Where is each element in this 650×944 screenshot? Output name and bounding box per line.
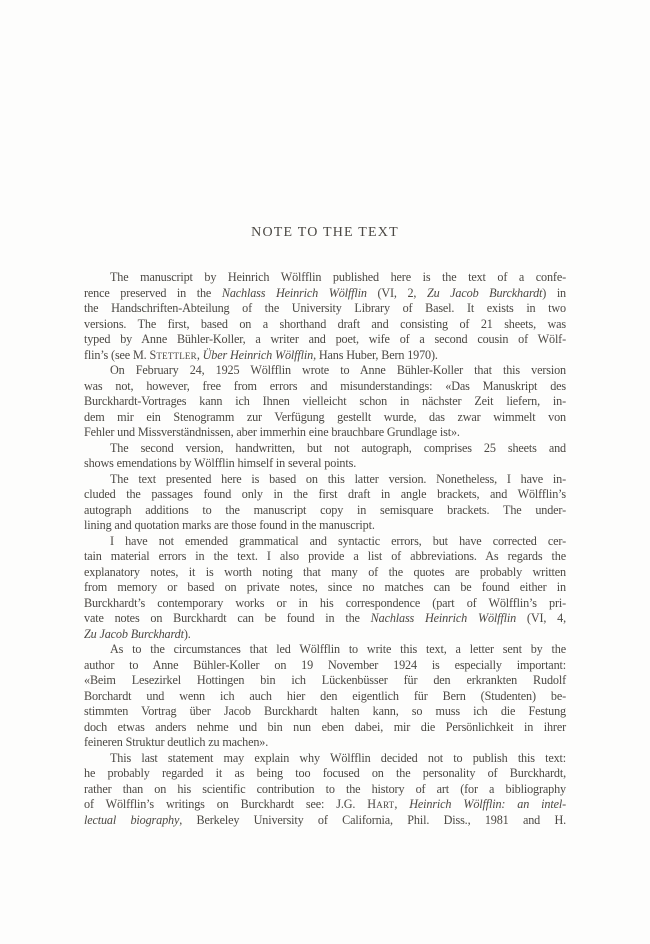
text-line: Burckhardt-Vortrages kann ich Ihnen viel… (84, 394, 566, 410)
text-run: rence preserved in the (84, 286, 222, 300)
text-line: rather than on his scientific contributi… (84, 782, 566, 798)
text-run: As to the circumstances that led Wölffli… (110, 642, 566, 656)
text-run: doch etwas anders nehme und bin nun eben… (84, 720, 566, 734)
text-line: As to the circumstances that led Wölffli… (84, 642, 566, 658)
text-body: The manuscript by Heinrich Wölfflin publ… (84, 270, 566, 828)
text-run: This last statement may explain why Wölf… (110, 751, 566, 765)
text-run: On February 24, 1925 Wölfflin wrote to A… (110, 363, 566, 377)
section-heading: NOTE TO THE TEXT (84, 224, 566, 241)
text-line: was not, however, free from errors and m… (84, 379, 566, 395)
text-run: from memory or based on private notes, s… (84, 580, 566, 594)
text-run: (VI, 4, (516, 611, 566, 625)
text-run: the Handschriften-Abteilung of the Unive… (84, 301, 566, 315)
text-run: lining and quotation marks are those fou… (84, 518, 375, 532)
text-line: versions. The first, based on a shorthan… (84, 317, 566, 333)
text-run: dem mir ein Stenogramm zur Verfügung ges… (84, 410, 566, 424)
text-run: Fehler und Missverständnissen, aber imme… (84, 425, 460, 439)
text-line: cluded the passages found only in the fi… (84, 487, 566, 503)
text-run: versions. The first, based on a shorthan… (84, 317, 566, 331)
text-run: explanatory notes, it is worth noting th… (84, 565, 566, 579)
text-run: typed by Anne Bühler-Koller, a writer an… (84, 332, 566, 346)
text-run: The text presented here is based on this… (110, 472, 566, 486)
text-run: , Hans Huber, Bern 1970). (313, 348, 438, 362)
text-line: This last statement may explain why Wölf… (84, 751, 566, 767)
italic-text-run: Nachlass Heinrich Wölfflin (371, 611, 516, 625)
text-line: Zu Jacob Burckhardt). (84, 627, 566, 643)
text-run: tain material errors in the text. I also… (84, 549, 566, 563)
text-line: tain material errors in the text. I also… (84, 549, 566, 565)
text-line: Borchardt und wenn ich auch hier den eig… (84, 689, 566, 705)
text-run: of Wölfflin’s writings on Burckhardt see… (84, 797, 367, 811)
text-run: author to Anne Bühler-Koller on 19 Novem… (84, 658, 566, 672)
text-line: stimmten Vortrag über Jacob Burckhardt h… (84, 704, 566, 720)
text-line: dem mir ein Stenogramm zur Verfügung ges… (84, 410, 566, 426)
paragraph: As to the circumstances that led Wölffli… (84, 642, 566, 751)
text-line: author to Anne Bühler-Koller on 19 Novem… (84, 658, 566, 674)
italic-text-run: lectual biography (84, 813, 179, 827)
italic-text-run: Über Heinrich Wölfflin (203, 348, 313, 362)
text-line: flin’s (see M. Stettler, Über Heinrich W… (84, 348, 566, 364)
text-run: autograph additions to the manuscript co… (84, 503, 566, 517)
text-line: explanatory notes, it is worth noting th… (84, 565, 566, 581)
italic-text-run: Heinrich Wölfflin: an intel- (409, 797, 566, 811)
text-line: autograph additions to the manuscript co… (84, 503, 566, 519)
paragraph: On February 24, 1925 Wölfflin wrote to A… (84, 363, 566, 441)
text-line: feineren Struktur deutlich zu machen». (84, 735, 566, 751)
text-run: Burckhardt-Vortrages kann ich Ihnen viel… (84, 394, 566, 408)
text-line: On February 24, 1925 Wölfflin wrote to A… (84, 363, 566, 379)
text-run: , (394, 797, 409, 811)
text-run: rather than on his scientific contributi… (84, 782, 566, 796)
text-line: «Beim Lesezirkel Hottingen bin ich Lücke… (84, 673, 566, 689)
paragraph: This last statement may explain why Wölf… (84, 751, 566, 829)
text-run: was not, however, free from errors and m… (84, 379, 566, 393)
text-line: doch etwas anders nehme und bin nun eben… (84, 720, 566, 736)
text-run: vate notes on Burckhardt can be found in… (84, 611, 371, 625)
text-line: The second version, handwritten, but not… (84, 441, 566, 457)
text-run: Borchardt und wenn ich auch hier den eig… (84, 689, 566, 703)
text-run: (VI, 2, (367, 286, 427, 300)
text-run: flin’s (see M. (84, 348, 149, 362)
text-line: he probably regarded it as being too foc… (84, 766, 566, 782)
smallcaps-text-run: Hart (367, 797, 394, 811)
text-line: I have not emended grammatical and synta… (84, 534, 566, 550)
text-line: from memory or based on private notes, s… (84, 580, 566, 596)
text-run: cluded the passages found only in the fi… (84, 487, 566, 501)
text-run: The manuscript by Heinrich Wölfflin publ… (110, 270, 566, 284)
paragraph: The second version, handwritten, but not… (84, 441, 566, 472)
text-line: the Handschriften-Abteilung of the Unive… (84, 301, 566, 317)
text-run: feineren Struktur deutlich zu machen». (84, 735, 268, 749)
text-run: Burckhardt’s contemporary works or in hi… (84, 596, 566, 610)
text-run: The second version, handwritten, but not… (110, 441, 566, 455)
text-line: The manuscript by Heinrich Wölfflin publ… (84, 270, 566, 286)
italic-text-run: Zu Jacob Burckhardt (427, 286, 542, 300)
text-line: Burckhardt’s contemporary works or in hi… (84, 596, 566, 612)
text-line: vate notes on Burckhardt can be found in… (84, 611, 566, 627)
text-run: shows emendations by Wölfflin himself in… (84, 456, 356, 470)
text-run: ) in (542, 286, 566, 300)
paragraph: The manuscript by Heinrich Wölfflin publ… (84, 270, 566, 363)
text-run: stimmten Vortrag über Jacob Burckhardt h… (84, 704, 566, 718)
text-run: he probably regarded it as being too foc… (84, 766, 566, 780)
paragraph: The text presented here is based on this… (84, 472, 566, 534)
text-run: , Berkeley University of California, Phi… (179, 813, 566, 827)
text-line: typed by Anne Bühler-Koller, a writer an… (84, 332, 566, 348)
smallcaps-text-run: Stettler (149, 348, 196, 362)
italic-text-run: Zu Jacob Burckhardt (84, 627, 184, 641)
text-line: The text presented here is based on this… (84, 472, 566, 488)
text-line: rence preserved in the Nachlass Heinrich… (84, 286, 566, 302)
italic-text-run: Nachlass Heinrich Wölfflin (222, 286, 367, 300)
text-line: of Wölfflin’s writings on Burckhardt see… (84, 797, 566, 813)
text-line: lining and quotation marks are those fou… (84, 518, 566, 534)
text-line: shows emendations by Wölfflin himself in… (84, 456, 566, 472)
text-line: lectual biography, Berkeley University o… (84, 813, 566, 829)
text-run: ). (184, 627, 191, 641)
text-line: Fehler und Missverständnissen, aber imme… (84, 425, 566, 441)
paragraph: I have not emended grammatical and synta… (84, 534, 566, 643)
text-run: I have not emended grammatical and synta… (110, 534, 566, 548)
document-page: NOTE TO THE TEXT The manuscript by Heinr… (0, 0, 650, 944)
text-run: «Beim Lesezirkel Hottingen bin ich Lücke… (84, 673, 566, 687)
